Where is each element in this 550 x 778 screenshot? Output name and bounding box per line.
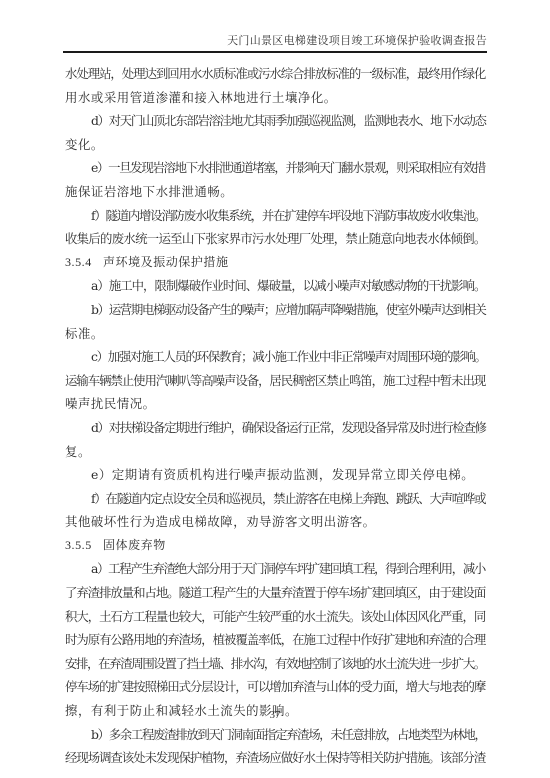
document-body: 水处理站，处理达到回用水水质标准或污水综合排放标准的一级标准，最终用作绿化 用水… — [65, 62, 487, 770]
paragraph-line: d）对天门山顶北东部岩溶洼地尤其雨季加强巡视监测，监测地表水、地下水动态 — [65, 109, 487, 133]
header-rule — [63, 51, 487, 53]
paragraph-line: 施保证岩溶地下水排泄通畅。 — [65, 180, 487, 204]
section-heading-355: 3.5.5固体废弃物 — [65, 534, 487, 558]
section-number: 3.5.5 — [65, 534, 103, 558]
paragraph-line: e）定期请有资质机构进行噪声振动监测，发现异常立即关停电梯。 — [65, 463, 487, 487]
paragraph-line: 安排，在弃渣周围设置了挡土墙、排水沟，有效地控制了该地的水土流失进一步扩大。 — [65, 652, 487, 676]
document-page: 天门山景区电梯建设项目竣工环境保护验收调查报告 水处理站，处理达到回用水水质标准… — [0, 0, 550, 778]
section-title: 固体废弃物 — [103, 538, 166, 552]
paragraph-line: 积大，土石方工程量也较大，可能产生较严重的水土流失。该处山体因风化严重，同 — [65, 605, 487, 629]
page-number: 37 — [0, 709, 550, 721]
paragraph-line: f）隧道内增设消防废水收集系统，并在扩建停车坪设地下消防事故废水收集池。 — [65, 204, 487, 228]
paragraph-line: a）工程产生弃渣绝大部分用于天门洞停车坪扩建回填工程，得到合理利用，减小 — [65, 557, 487, 581]
paragraph-line: 用水或采用管道渗灌和接入林地进行土壤净化。 — [65, 86, 487, 110]
paragraph-line: b）运营期电梯驱动设备产生的噪声；应增加隔声降噪措施，使室外噪声达到相关 — [65, 298, 487, 322]
paragraph-line: e）一旦发现岩溶地下水排泄通道堵塞，并影响天门翻水景观，则采取相应有效措 — [65, 156, 487, 180]
paragraph-line: 复。 — [65, 440, 487, 464]
paragraph-line: 其他破坏性行为造成电梯故障，劝导游客文明出游客。 — [65, 510, 487, 534]
paragraph-line: 变化。 — [65, 133, 487, 157]
paragraph-line: c）加强对施工人员的环保教育；减小施工作业中非正常噪声对周围环境的影响。 — [65, 345, 487, 369]
paragraph-line: d）对扶梯设备定期进行维护，确保设备运行正常，发现设备异常及时进行检查修 — [65, 416, 487, 440]
paragraph-line: 时为原有公路用地的弃渣场，植被覆盖率低，在施工过程中作好扩建地和弃渣的合理 — [65, 628, 487, 652]
paragraph-line: 标准。 — [65, 322, 487, 346]
paragraph-line: 噪声扰民情况。 — [65, 392, 487, 416]
paragraph-line: 运输车辆禁止使用汽喇叭等高噪声设备，居民稠密区禁止鸣笛，施工过程中暂未出现 — [65, 369, 487, 393]
paragraph-line: 收集后的废水统一运至山下张家界市污水处理厂处理，禁止随意向地表水体倾倒。 — [65, 227, 487, 251]
paragraph-line: 了弃渣排放量和占地。隧道工程产生的大量弃渣置于停车场扩建回填区，由于建设面 — [65, 581, 487, 605]
section-number: 3.5.4 — [65, 251, 103, 275]
running-header: 天门山景区电梯建设项目竣工环境保护验收调查报告 — [63, 33, 487, 49]
paragraph-line: 经现场调查该处未发现保护植物，弃渣场应做好水土保持等相关防护措施。该部分渣 — [65, 746, 487, 770]
paragraph-line: 停车场的扩建按照梯田式分层设计，可以增加弃渣与山体的受力面，增大与地表的摩 — [65, 675, 487, 699]
paragraph-line: f）在隧道内定点设安全员和巡视员，禁止游客在电梯上奔跑、跳跃、大声喧哗或 — [65, 487, 487, 511]
section-title: 声环境及振动保护措施 — [103, 255, 229, 269]
paragraph-line: b）多余工程废渣排放到天门洞南面指定弃渣场，未任意排放，占地类型为林地， — [65, 723, 487, 747]
paragraph-line: 水处理站，处理达到回用水水质标准或污水综合排放标准的一级标准，最终用作绿化 — [65, 62, 487, 86]
paragraph-line: a）施工中，限制爆破作业时间、爆破量，以减小噪声对敏感动物的干扰影响。 — [65, 274, 487, 298]
section-heading-354: 3.5.4声环境及振动保护措施 — [65, 251, 487, 275]
